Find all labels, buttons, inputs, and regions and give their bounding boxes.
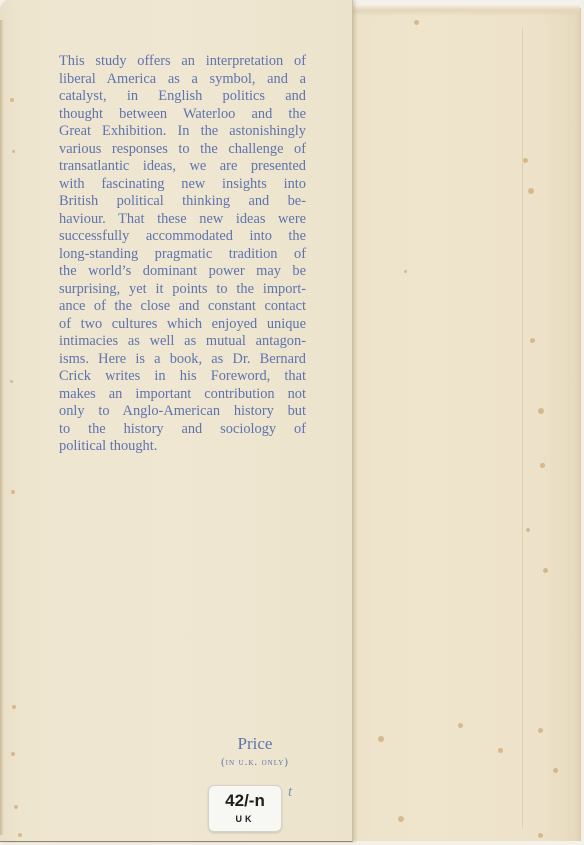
- blurb-line: makes an important contribution not: [59, 386, 306, 404]
- sticker-region: UK: [209, 812, 281, 826]
- price-label: Price: [200, 733, 310, 755]
- obscured-price-glyph: t: [288, 784, 292, 801]
- foxing-spot: [378, 736, 384, 742]
- price-block: Price (in u.k. only): [200, 733, 310, 771]
- blurb-line: political thought.: [59, 438, 306, 456]
- blurb-line: liberal America as a symbol, and a: [59, 71, 306, 89]
- flap-blurb: This study offers an interpretation ofli…: [59, 53, 306, 456]
- blurb-line: of two cultures which enjoyed unique: [59, 316, 306, 334]
- blurb-line: haviour. That these new ideas were: [59, 211, 306, 229]
- blurb-line: various responses to the challenge of: [59, 141, 306, 159]
- blurb-line: ance of the close and constant contact: [59, 298, 306, 316]
- foxing-spot: [10, 380, 13, 383]
- blurb-line: successfully accommodated into the: [59, 228, 306, 246]
- blurb-line: British political thinking and be-: [59, 193, 306, 211]
- blurb-line: catalyst, in English politics and: [59, 88, 306, 106]
- foxing-spot: [11, 490, 15, 494]
- foxing-spot: [523, 158, 528, 163]
- blurb-line: long-standing pragmatic tradition of: [59, 246, 306, 264]
- jacket-front-flap: This study offers an interpretation ofli…: [0, 0, 353, 842]
- fold-crease: [522, 28, 523, 828]
- foxing-spot: [498, 748, 503, 753]
- blurb-line: transatlantic ideas, we are presented: [59, 158, 306, 176]
- blurb-line: surprising, yet it points to the import-: [59, 281, 306, 299]
- foxing-spot: [538, 728, 543, 733]
- foxing-spot: [528, 188, 534, 194]
- foxing-spot: [12, 150, 15, 153]
- blurb-line: with fascinating new insights into: [59, 176, 306, 194]
- blurb-line: thought between Waterloo and the: [59, 106, 306, 124]
- foxing-spot: [14, 805, 18, 809]
- foxing-spot: [530, 338, 535, 343]
- foxing-spot: [18, 833, 22, 837]
- foxing-spot: [398, 816, 404, 822]
- blurb-line: to the history and sociology of: [59, 421, 306, 439]
- foxing-spot: [543, 568, 548, 573]
- foxing-spot: [12, 705, 16, 709]
- price-sticker: 42/-n UK: [208, 785, 282, 832]
- blurb-line: only to Anglo-American history but: [59, 403, 306, 421]
- foxing-spot: [404, 270, 407, 273]
- foxing-spot: [553, 768, 558, 773]
- blurb-line: This study offers an interpretation of: [59, 53, 306, 71]
- foxing-spot: [414, 20, 419, 25]
- blurb-line: Great Exhibition. In the astonishingly: [59, 123, 306, 141]
- blurb-line: isms. Here is a book, as Dr. Bernard: [59, 351, 306, 369]
- foxing-spot: [538, 833, 543, 838]
- foxing-spot: [538, 408, 544, 414]
- foxing-spot: [540, 463, 545, 468]
- worn-left-edge: [0, 20, 4, 835]
- foxing-spot: [458, 723, 463, 728]
- blurb-line: the world’s dominant power may be: [59, 263, 306, 281]
- book-jacket: This study offers an interpretation ofli…: [0, 0, 584, 845]
- blurb-line: Crick writes in his Foreword, that: [59, 368, 306, 386]
- foxing-spot: [11, 752, 15, 756]
- blurb-line: intimacies as well as mutual antagon-: [59, 333, 306, 351]
- jacket-back-panel: [318, 8, 581, 841]
- foxing-spot: [526, 528, 530, 532]
- price-region-note: (in u.k. only): [200, 755, 310, 771]
- torn-top-edge: [318, 4, 580, 14]
- sticker-price: 42/-n: [209, 790, 281, 812]
- foxing-spot: [10, 98, 14, 102]
